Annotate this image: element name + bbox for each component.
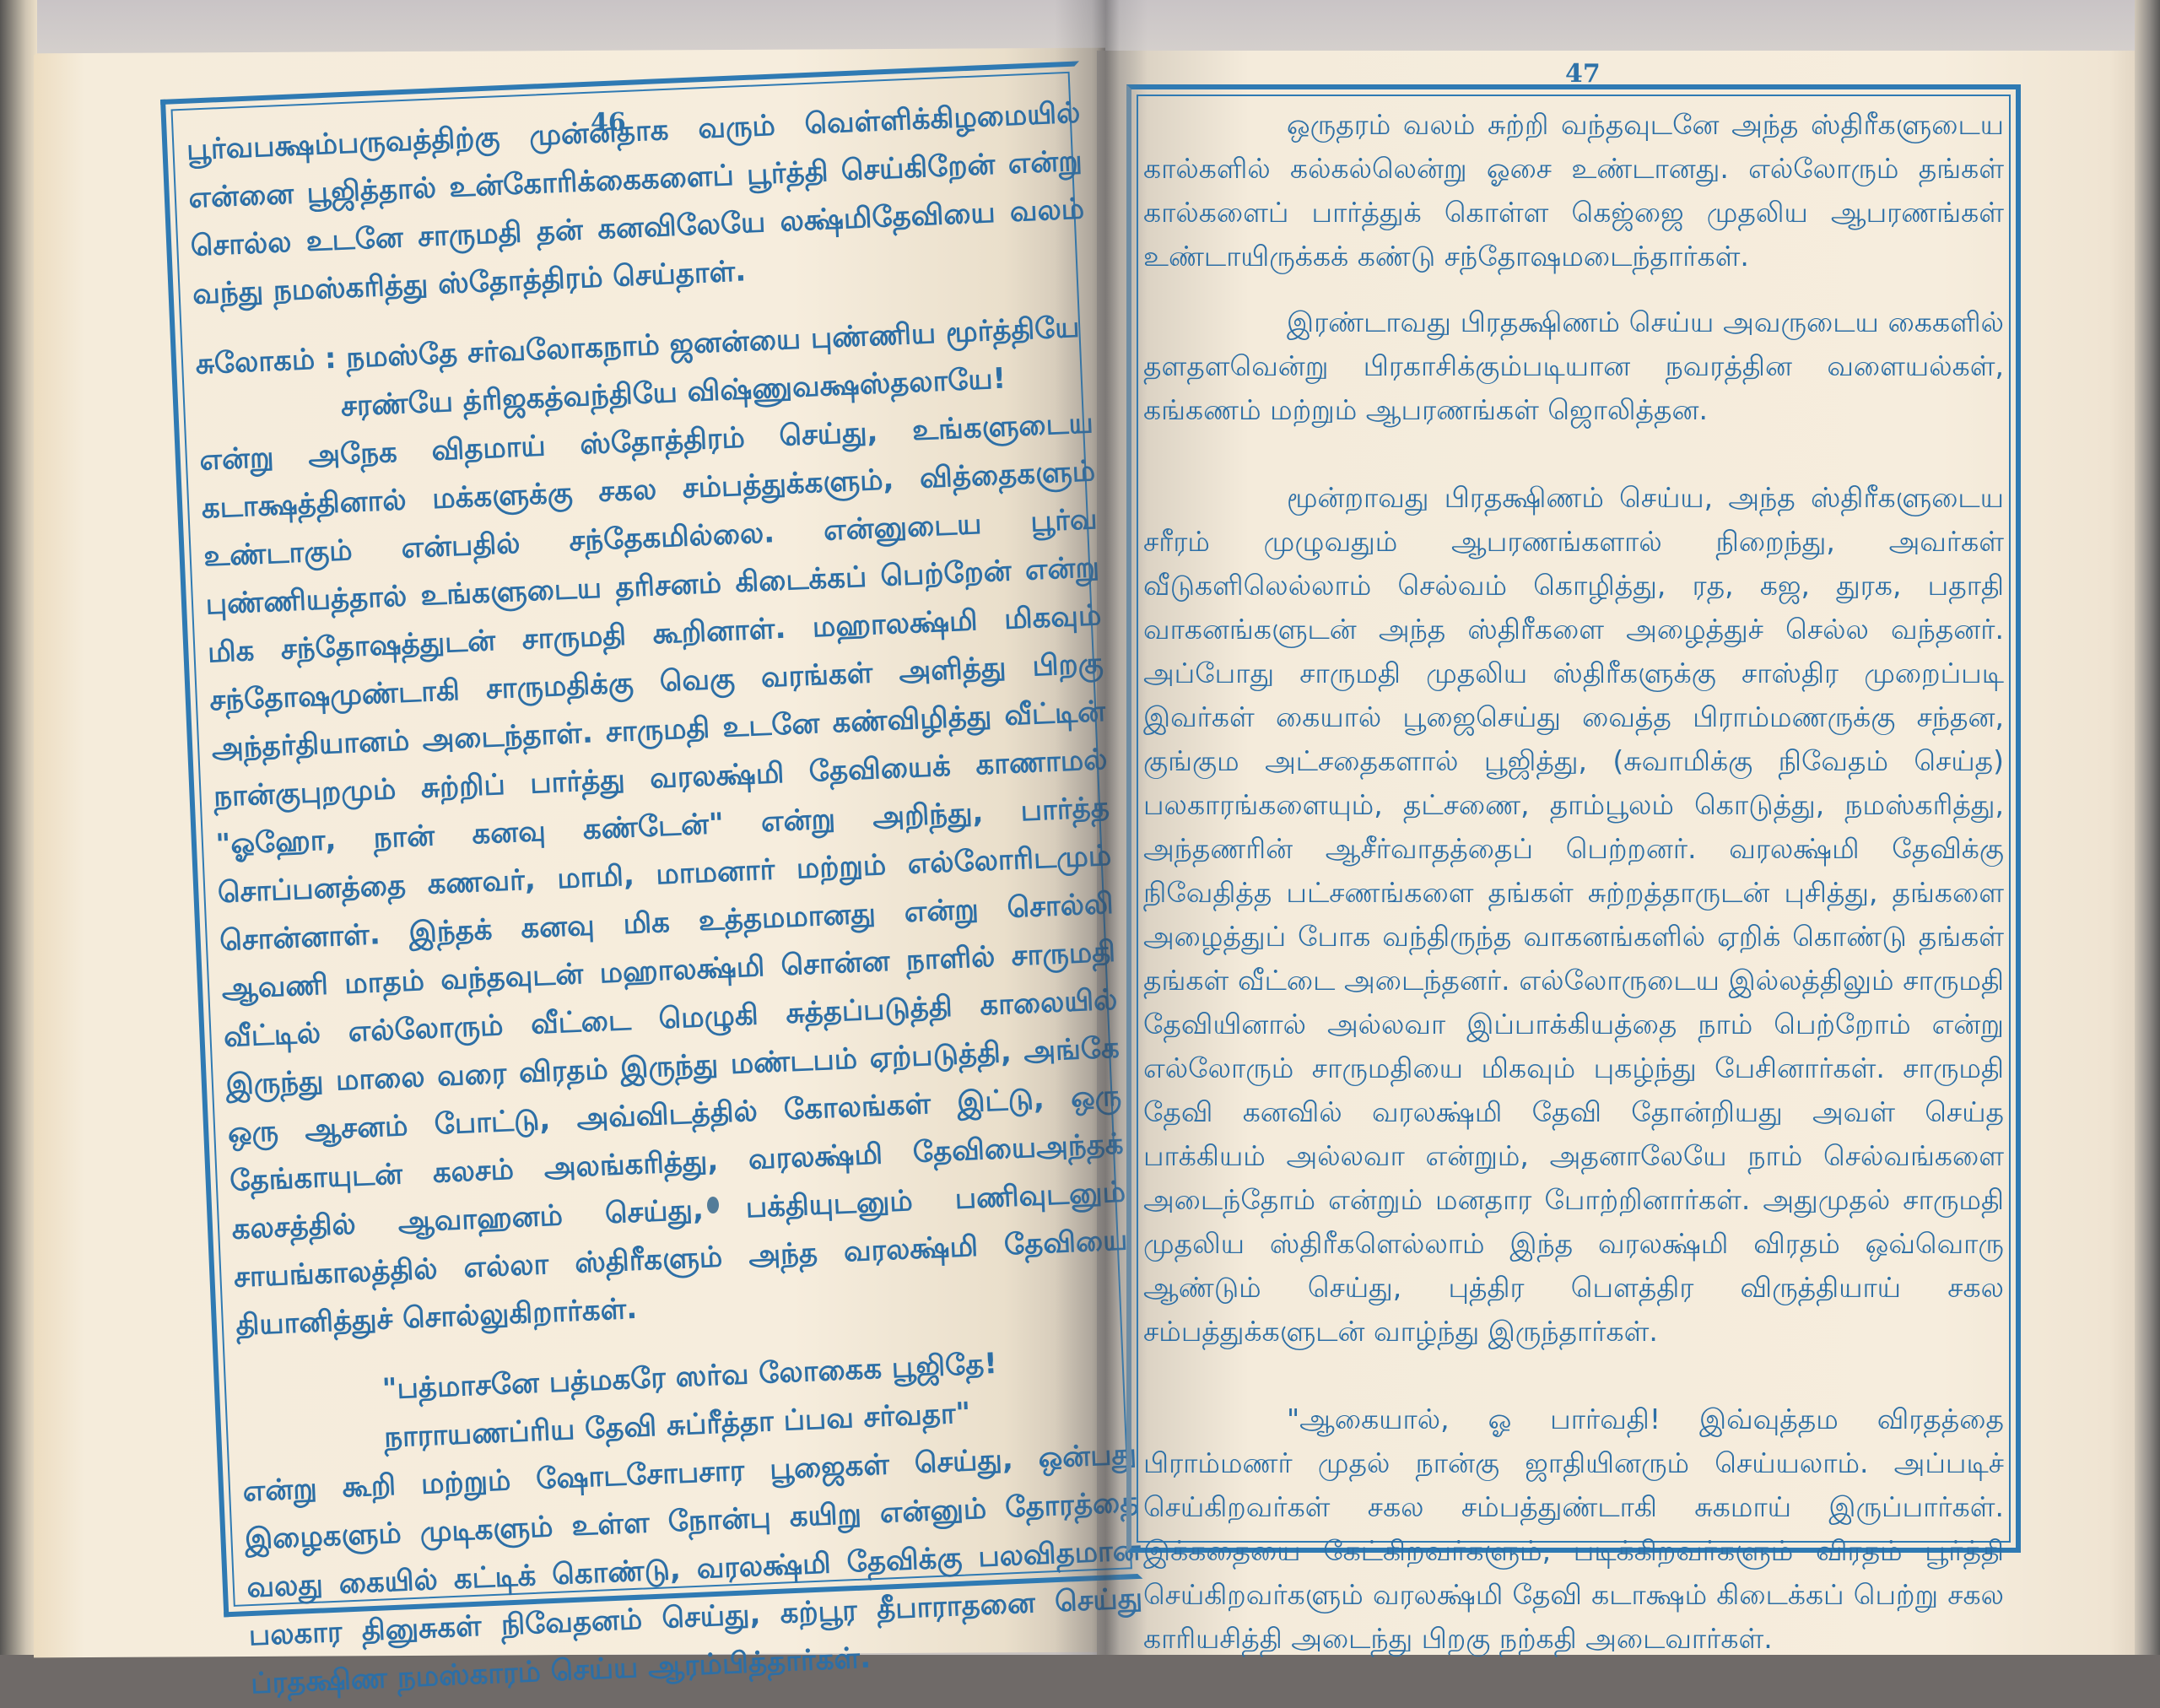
paragraph: மூன்றாவது பிரதக்ஷிணம் செய்ய, அந்த ஸ்திரீ… — [1143, 476, 2004, 1354]
book-left-edge — [0, 0, 37, 1655]
paragraph: பூர்வபக்ஷம்பருவத்திற்கு முன்னதாக வரும் வ… — [186, 89, 1088, 319]
paragraph: ஒருதரம் வலம் சுற்றி வந்தவுடனே அந்த ஸ்திர… — [1143, 103, 2004, 278]
ink-smudge — [707, 1197, 719, 1213]
book-spread: 46 பூர்வபக்ஷம்பருவத்திற்கு முன்னதாக வரும… — [0, 0, 2160, 1655]
paragraph: இரண்டாவது பிரதக்ஷிணம் செய்ய அவருடைய கைகள… — [1143, 300, 2004, 432]
paragraph: என்று அநேக விதமாய் ஸ்தோத்திரம் செய்து, உ… — [198, 399, 1130, 1349]
left-page-text: பூர்வபக்ஷம்பருவத்திற்கு முன்னதாக வரும் வ… — [186, 89, 1146, 1655]
right-page-text: ஒருதரம் வலம் சுற்றி வந்தவுடனே அந்த ஸ்திர… — [1143, 103, 2004, 1655]
paragraph: என்று கூறி மற்றும் ஷோடசோபசார பூஜைகள் செய… — [242, 1430, 1146, 1655]
book-right-edge — [2135, 0, 2160, 1655]
paragraph: "ஆகையால், ஓ பார்வதி! இவ்வுத்தம விரதத்தை … — [1143, 1397, 2004, 1655]
